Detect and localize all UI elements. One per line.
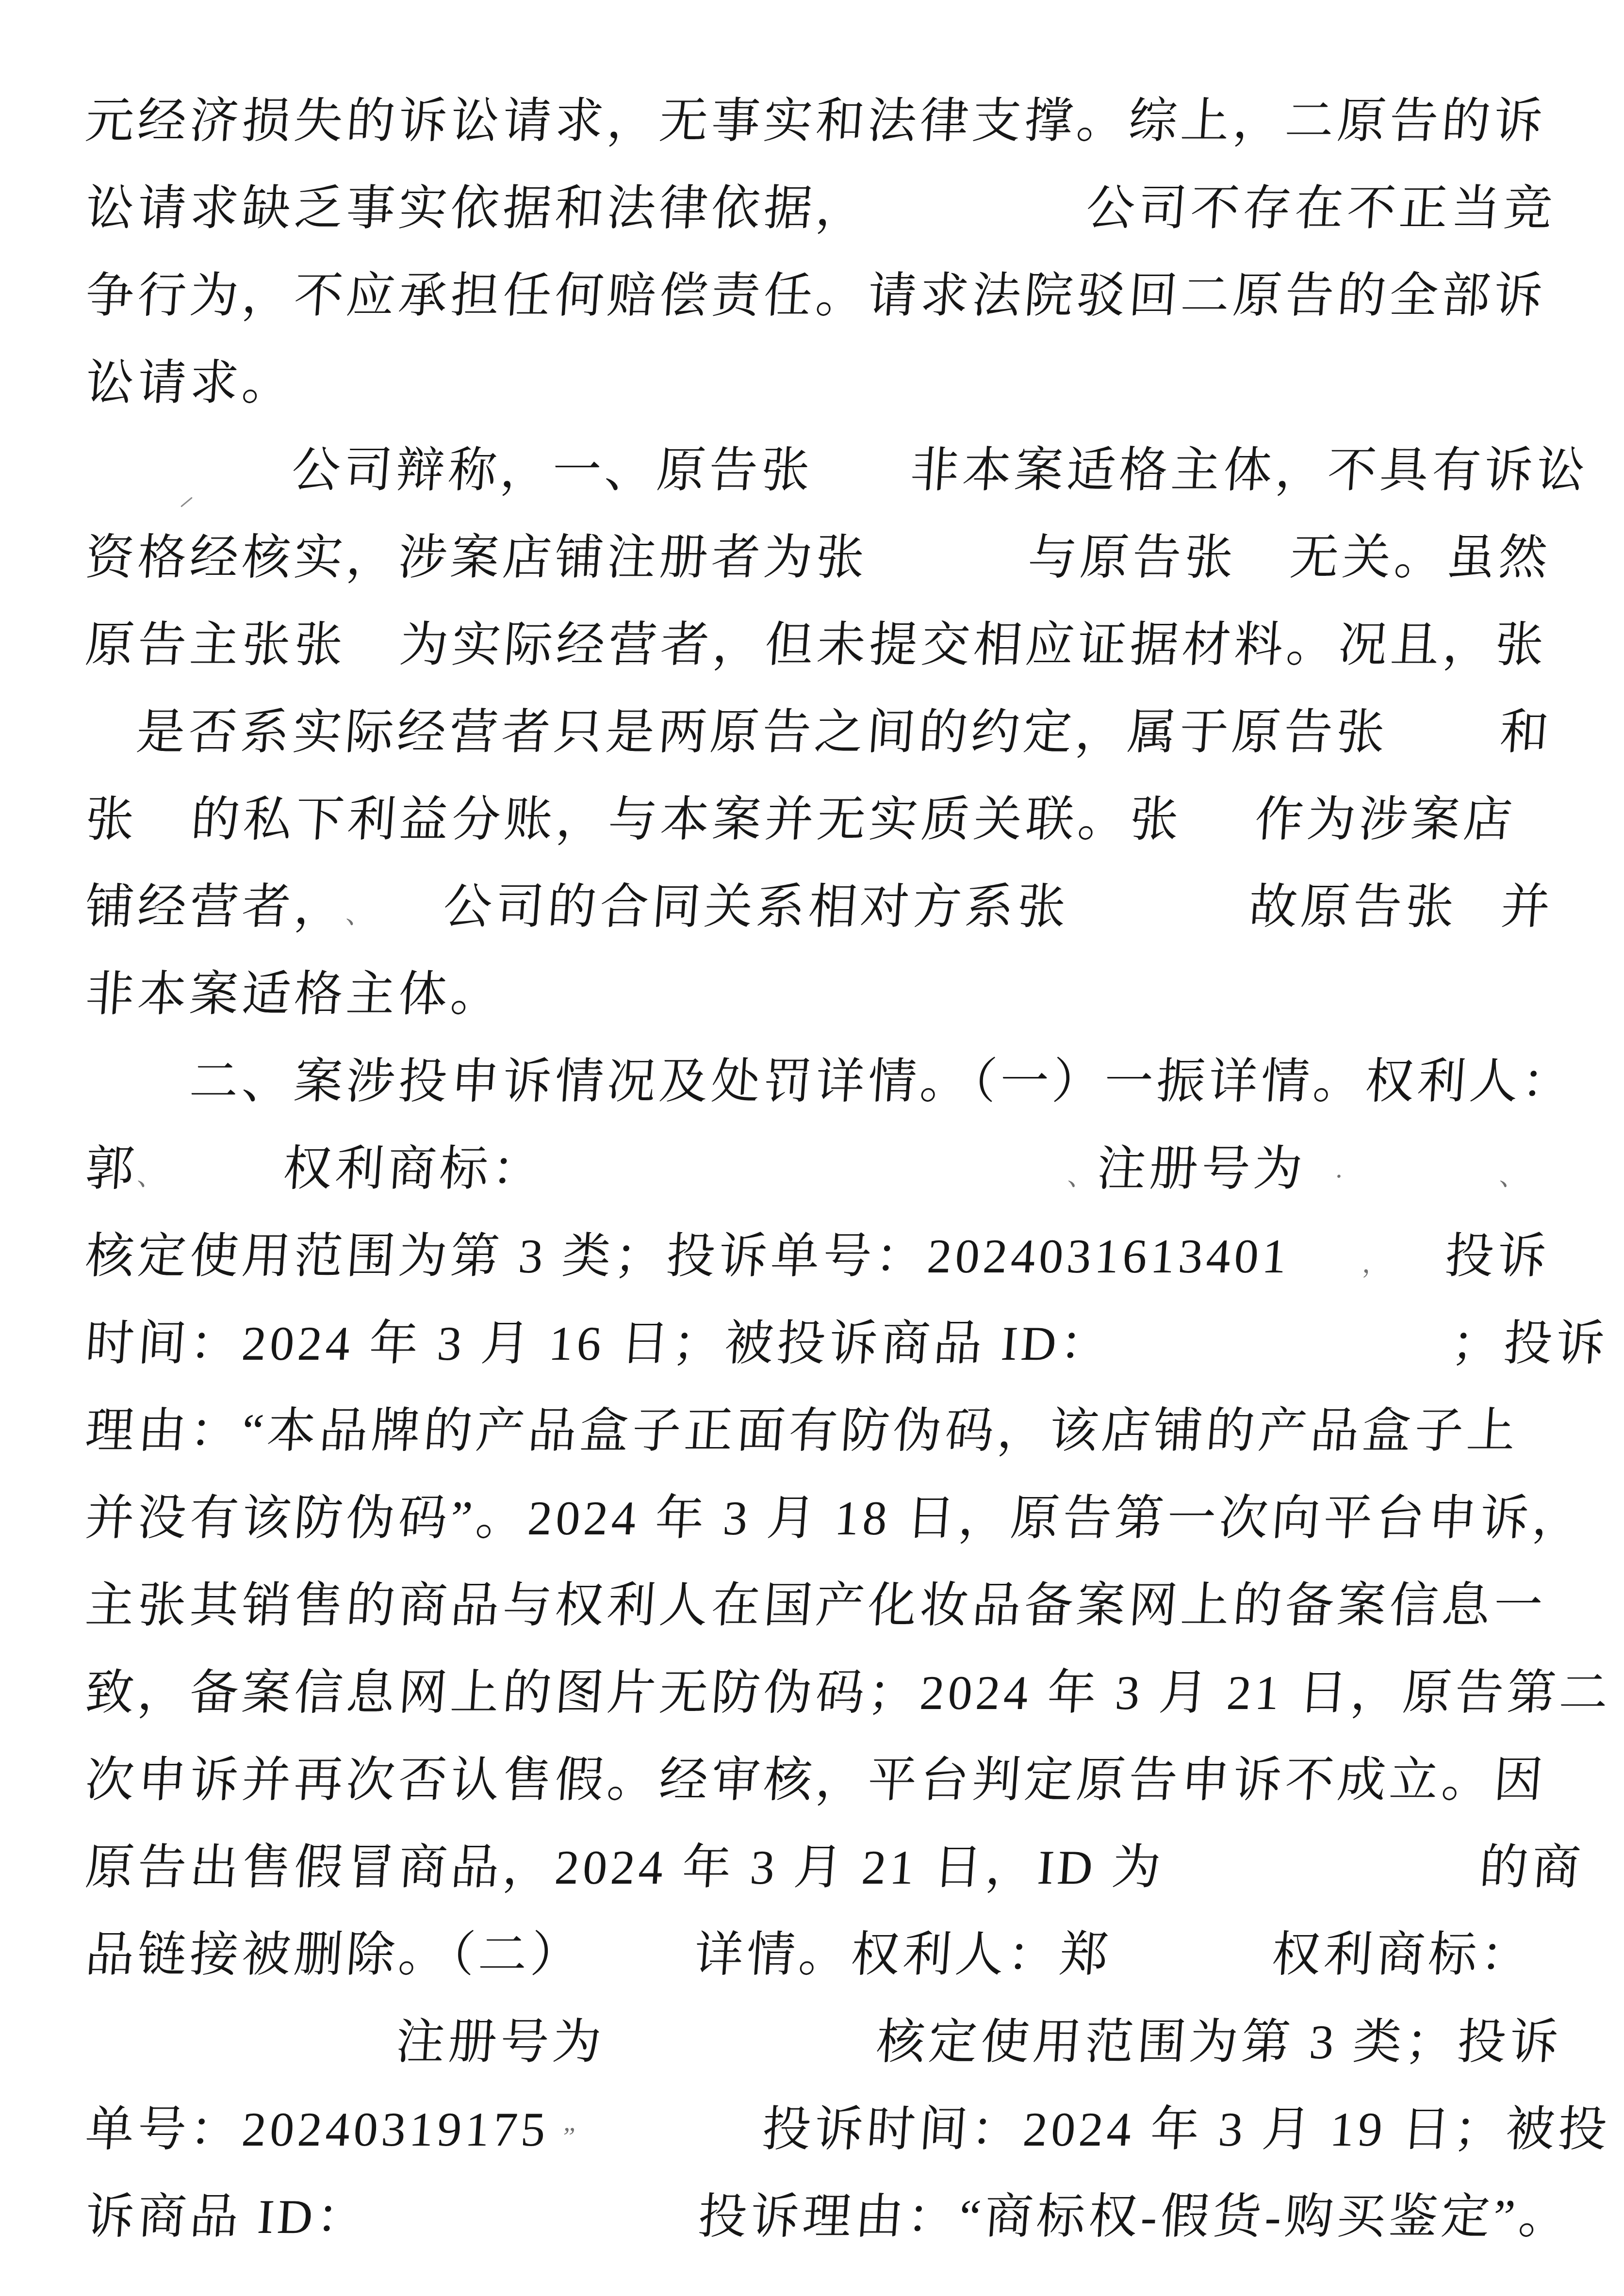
text-segment: 投诉时间：2024 年 3 月 19 日；被投 [760,2102,1612,2156]
text-segment: 理由：“本品牌的产品盒子正面有防伪码，该店铺的产品盒子上 [83,1404,1521,1458]
text-line: 讼请求。 [82,340,1588,427]
text-segment: 注册号为 [394,2015,607,2069]
text-line: 郭、权利商标：、注册号为·、 [82,1125,1588,1213]
text-line: 诉商品 ID：投诉理由：“商标权-假货-购买鉴定”。 [82,2173,1588,2261]
text-segment: 郭 [83,1142,139,1196]
text-line: 争行为，不应承担任何赔偿责任。请求法院驳回二原告的全部诉 [82,252,1588,340]
text-line: 资格经核实，涉案店铺注册者为张与原告张无关。虽然 [82,514,1588,602]
text-segment: 并 [1499,880,1555,934]
text-line: 公司辩称，一、原告张非本案适格主体，不具有诉讼 [82,427,1588,514]
redaction-gap [548,2141,563,2146]
text-segment: 单号：20240319175 [83,2102,551,2156]
text-line: 非本案适格主体。 [82,951,1588,1038]
text-segment: 并没有该防伪码”。2024 年 3 月 18 日，原告第一次向平台申诉， [83,1491,1586,1545]
redaction-gap [1163,1879,1479,1884]
text-segment: 权利商标： [281,1142,546,1196]
text-segment: 无关。虽然 [1288,531,1553,585]
text-segment: 资格经核实，涉案店铺注册者为张 [83,531,869,585]
redaction-gap [1181,831,1254,836]
text-segment: 详情。权利人：郑 [692,1928,1114,1982]
text-segment: 作为涉案店 [1253,793,1517,847]
text-line: 理由：“本品牌的产品盒子正面有防伪码，该店铺的产品盒子上 [82,1387,1588,1475]
text-segment: 争行为，不应承担任何赔偿责任。请求法院驳回二原告的全部诉 [83,269,1548,323]
text-segment: 的私下利益分账，与本案并无实质关联。张 [189,793,1184,847]
text-segment: 品链接被删除。（二） [83,1928,585,1982]
redaction-gap [136,831,190,836]
text-column: 元经济损失的诉讼请求，无事实和法律支撑。综上，二原告的诉讼请求缺乏事实依据和法律… [82,78,1582,2261]
text-line: 品链接被删除。（二）详情。权利人：郑权利商标： [82,1911,1588,1999]
text-line: 并没有该防伪码”。2024 年 3 月 18 日，原告第一次向平台申诉， [82,1475,1588,1562]
redaction-gap [84,1093,189,1098]
redaction-gap [1353,1180,1499,1185]
text-segment: 故原告张 [1247,880,1460,934]
text-line: 次申诉并再次否认售假。经审核，平台判定原告申诉不成立。因 [82,1737,1588,1824]
text-segment: 原告出售假冒商品，2024 年 3 月 21 日，ID 为 [83,1840,1166,1894]
redaction-gap [84,482,291,487]
scan-artifact-mark: · [1331,1133,1357,1220]
scan-artifact-mark: 、 [1065,1133,1100,1220]
document-page: 元经济损失的诉讼请求，无事实和法律支撑。综上，二原告的诉讼请求缺乏事实依据和法律… [0,0,1624,2296]
text-segment: 次申诉并再次否认售假。经审核，平台判定原告申诉不成立。因 [83,1753,1548,1807]
text-line: 时间：2024 年 3 月 16 日；被投诉商品 ID：；投诉 [82,1300,1588,1387]
redaction-gap [1386,1268,1444,1272]
redaction-gap [543,1180,1067,1185]
scan-artifact-mark: 、 [343,871,378,958]
text-segment: 和 [1498,705,1554,759]
scan-artifact-mark: ” [560,2093,600,2181]
text-segment: 核定使用范围为第 3 类；投诉单号：2024031613401 [83,1229,1292,1283]
text-segment: 讼请求缺乏事实依据和法律依据， [83,181,869,235]
redaction-gap [1068,918,1248,923]
redaction-gap [596,2141,762,2146]
text-segment: 注册号为 [1095,1142,1308,1196]
text-segment: 时间：2024 年 3 月 16 日；被投诉商品 ID： [83,1317,1114,1370]
text-segment: 与原告张 [1026,531,1239,585]
text-segment: 投诉 [1444,1229,1552,1283]
text-segment: 元经济损失的诉讼请求，无事实和法律支撑。综上，二原告的诉 [83,94,1548,148]
text-segment: 主张其销售的商品与权利人在国产化妆品备案网上的备案信息一 [83,1579,1548,1632]
text-segment: 二、案涉投申诉情况及处罚详情。（一）一振详情。权利人： [188,1055,1575,1108]
text-segment: 讼请求。 [83,356,296,410]
text-line: 单号：20240319175”投诉时间：2024 年 3 月 19 日；被投 [82,2086,1588,2173]
text-segment: 非本案适格主体。 [83,967,505,1021]
redaction-gap [1305,1180,1334,1185]
redaction-gap [367,2228,698,2233]
text-segment: 诉商品 ID： [83,2190,370,2244]
redaction-gap [582,1966,694,1971]
text-line: 是否系实际经营者只是两原告之间的约定，属于原告张和 [82,689,1588,776]
text-line: 原告主张张为实际经营者，但未提交相应证据材料。况且，张 [82,602,1588,689]
text-line: 元经济损失的诉讼请求，无事实和法律支撑。综上，二原告的诉 [82,78,1588,165]
text-line: 注册号为核定使用范围为第 3 类；投诉 [82,1999,1588,2086]
scan-artifact-mark: ， [1359,1220,1390,1307]
redaction-gap [1235,569,1289,574]
text-segment: 是否系实际经营者只是两原告之间的约定，属于原告张 [134,705,1390,759]
text-segment: 核定使用范围为第 3 类；投诉 [874,2015,1563,2069]
text-segment: ；投诉 [1450,1317,1610,1370]
text-segment: 投诉理由：“商标权-假货-购买鉴定”。 [696,2190,1573,2244]
text-line: 原告出售假冒商品，2024 年 3 月 21 日，ID 为的商 [82,1824,1588,1911]
text-segment: 致，备案信息网上的图片无防伪码；2024 年 3 月 21 日，原告第二 [83,1666,1613,1720]
redaction-gap [84,744,136,749]
text-segment: 张 [83,793,139,847]
text-line: 二、案涉投申诉情况及处罚详情。（一）一振详情。权利人： [82,1038,1588,1125]
redaction-gap [1387,744,1499,749]
text-segment: 非本案适格主体，不具有诉讼 [908,443,1590,497]
redaction-gap [1456,918,1500,923]
redaction-gap [604,2053,876,2058]
text-line: 致，备案信息网上的图片无防伪码；2024 年 3 月 21 日，原告第二 [82,1649,1588,1737]
text-segment: 为实际经营者，但未提交相应证据材料。况且，张 [398,618,1549,672]
redaction-gap [1111,1355,1451,1360]
scan-artifact-mark: 、 [1496,1133,1522,1220]
redaction-gap [867,569,1027,574]
text-segment: 铺经营者， [83,880,348,934]
redaction-gap [156,1180,282,1185]
redaction-gap [374,918,443,923]
redaction-gap [1289,1268,1362,1272]
text-line: 主张其销售的商品与权利人在国产化妆品备案网上的备案信息一 [82,1562,1588,1649]
text-line: 铺经营者，、公司的合同关系相对方系张故原告张并 [82,863,1588,951]
redaction-gap [1111,1966,1271,1971]
redaction-gap [345,656,399,661]
redaction-gap [867,220,1085,225]
text-segment: 原告主张张 [83,618,348,672]
text-segment: 公司辩称，一、原告张 [290,443,815,497]
text-segment: 权利商标： [1270,1928,1534,1982]
text-segment: 公司的合同关系相对方系张 [442,880,1071,934]
text-line: 讼请求缺乏事实依据和法律依据，公司不存在不正当竞 [82,165,1588,252]
redaction-gap [84,2053,395,2058]
text-segment: 的商 [1477,1840,1586,1894]
redaction-gap [812,482,910,487]
text-segment: 公司不存在不正当竞 [1084,181,1558,235]
text-line: 张的私下利益分账，与本案并无实质关联。张作为涉案店 [82,776,1588,863]
text-line: 核定使用范围为第 3 类；投诉单号：2024031613401，投诉 [82,1213,1588,1300]
